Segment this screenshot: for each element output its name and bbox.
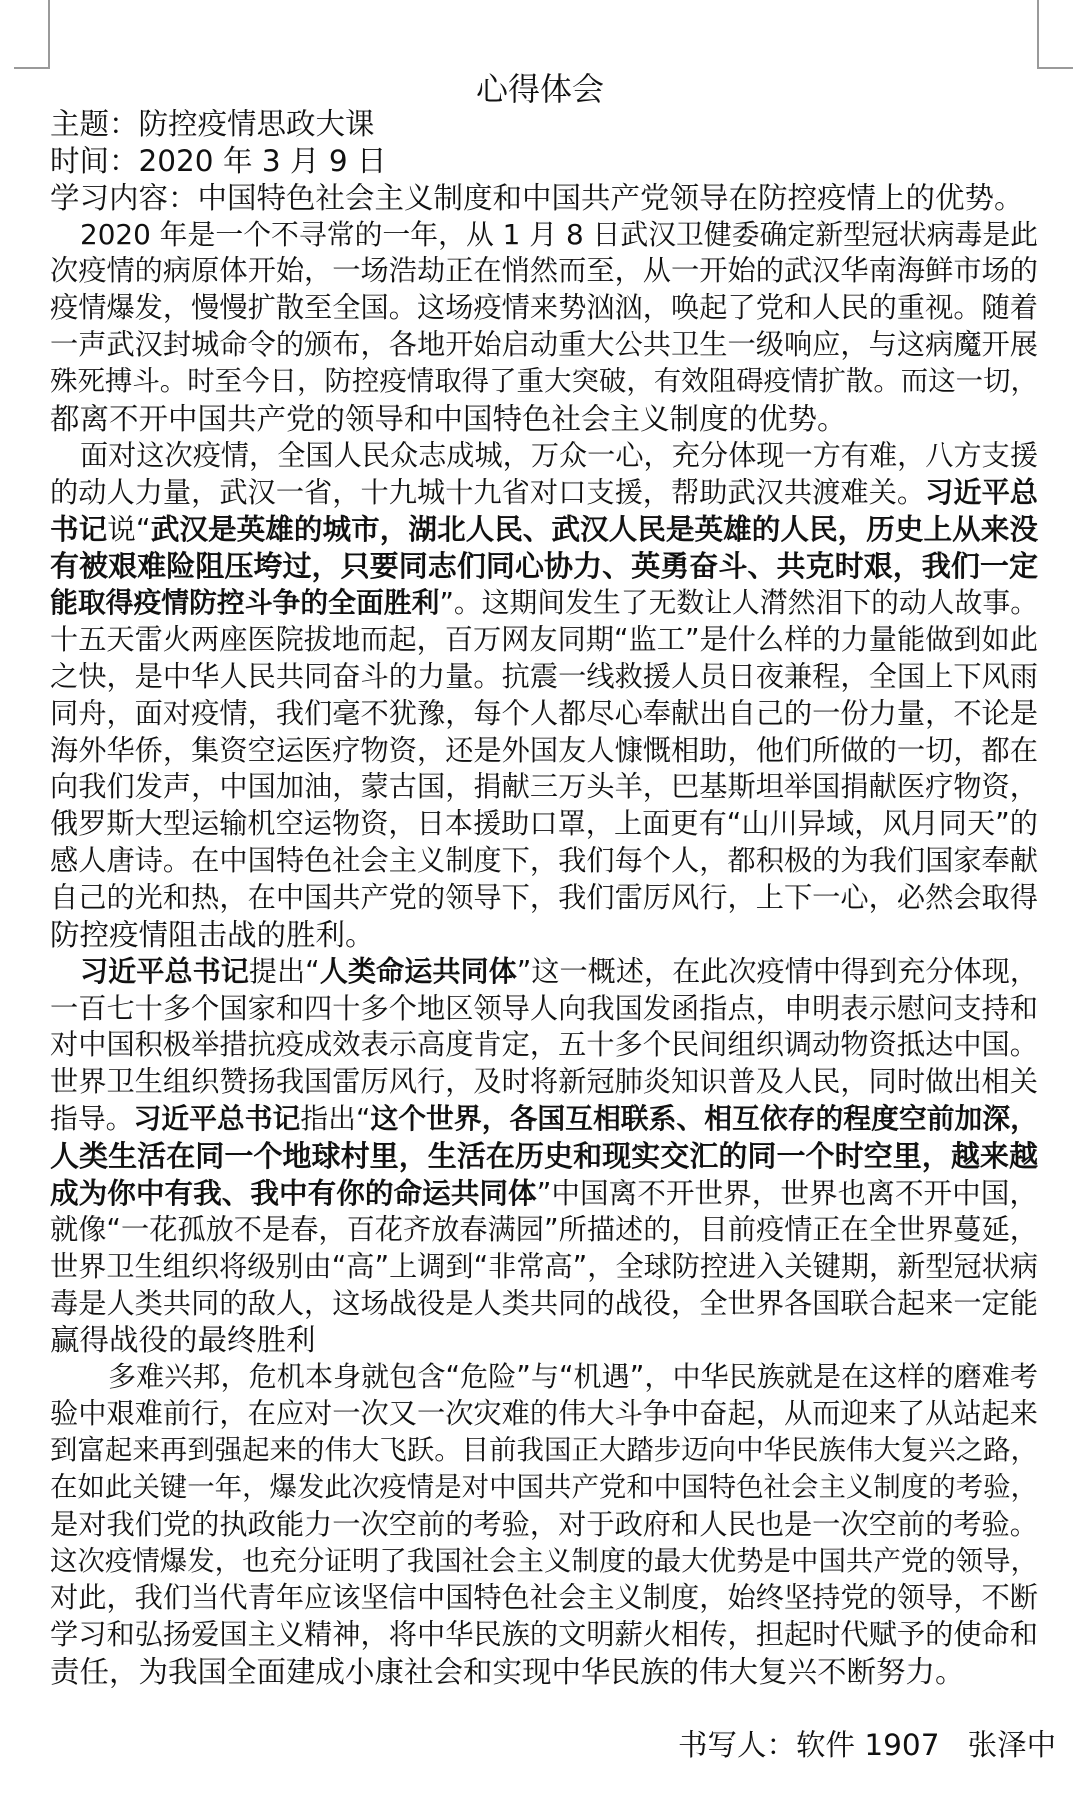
text-segment: 学习和弘扬爱国主义精神，将中华民族的文明薪火相传，担起时代赋予的使命和 xyxy=(50,1618,1038,1651)
text-segment: 到富起来再到强起来的伟大飞跃。目前我国正大踏步迈向中华民族伟大复兴之路， xyxy=(50,1435,1038,1466)
page-corner-mark-top-left xyxy=(14,0,50,69)
paragraph-line: 书记说“武汉是英雄的城市，湖北人民、武汉人民是英雄的人民，历史上从来没 xyxy=(50,511,1038,548)
paragraph-line: 面对这次疫情，全国人民众志成城，万众一心，充分体现一方有难，八方支援 xyxy=(50,438,1038,475)
paragraph-line: 赢得战役的最终胜利 xyxy=(50,1322,1038,1359)
text-segment: 多难兴邦，危机本身就包含“危险”与“机遇”，中华民族就是在这样的磨难考 xyxy=(108,1360,1038,1393)
paragraph-line: 是对我们党的执政能力一次空前的考验，对于政府和人民也是一次空前的考验。 xyxy=(50,1507,1038,1544)
bold-text-segment: 习近平总书记 xyxy=(80,955,249,988)
paragraph-line: 都离不开中国共产党的领导和中国特色社会主义制度的优势。 xyxy=(50,401,1038,438)
paragraph-line: 自己的光和热，在中国共产党的领导下，我们雷厉风行，上下一心，必然会取得 xyxy=(50,880,1038,917)
paragraph: 面对这次疫情，全国人民众志成城，万众一心，充分体现一方有难，八方支援的动人力量，… xyxy=(50,438,1038,954)
paragraph-line: 在如此关键一年，爆发此次疫情是对中国共产党和中国特色社会主义制度的考验， xyxy=(50,1470,1038,1507)
text-segment: 防控疫情阻击战的胜利。 xyxy=(50,918,375,952)
text-segment: 验中艰难前行，在应对一次又一次灾难的伟大斗争中奋起，从而迎来了从站起来 xyxy=(50,1397,1038,1430)
text-segment: 次疫情的病原体开始，一场浩劫正在悄然而至，从一开始的武汉华南海鲜市场的 xyxy=(50,254,1038,287)
text-segment: 疫情爆发，慢慢扩散至全国。这场疫情来势汹汹，唤起了党和人民的重视。随着 xyxy=(50,291,1038,324)
text-segment: 赢得战役的最终胜利 xyxy=(50,1323,316,1357)
bold-text-segment: 习近平总 xyxy=(925,476,1038,509)
document-body: 主题：防控疫情思政大课 时间：2020 年 3 月 9 日 学习内容：中国特色社… xyxy=(50,106,1038,1691)
paragraph-line: 次疫情的病原体开始，一场浩劫正在悄然而至，从一开始的武汉华南海鲜市场的 xyxy=(50,253,1038,290)
text-segment: 感人唐诗。在中国特色社会主义制度下，我们每个人，都积极的为我们国家奉献 xyxy=(50,844,1038,877)
paragraph-line: 学习和弘扬爱国主义精神，将中华民族的文明薪火相传，担起时代赋予的使命和 xyxy=(50,1617,1038,1654)
paragraph-line: 有被艰难险阻压垮过，只要同志们同心协力、英勇奋斗、共克时艰，我们一定 xyxy=(50,548,1038,585)
paragraph-line: 之快，是中华人民共同奋斗的力量。抗震一线救援人员日夜兼程，全国上下风雨 xyxy=(50,659,1038,696)
paragraph-line: 到富起来再到强起来的伟大飞跃。目前我国正大踏步迈向中华民族伟大复兴之路， xyxy=(50,1433,1038,1470)
paragraph-line: 成为你中有我、我中有你的命运共同体”中国离不开世界，世界也离不开中国， xyxy=(50,1175,1038,1212)
text-segment: 一声武汉封城命令的颁布，各地开始启动重大公共卫生一级响应，与这病魔开展 xyxy=(50,328,1038,361)
paragraph-line: 就像“一花孤放不是春，百花齐放春满园”所描述的，目前疫情正在全世界蔓延， xyxy=(50,1212,1038,1249)
text-segment: 这次疫情爆发，也充分证明了我国社会主义制度的最大优势是中国共产党的领导， xyxy=(50,1546,1038,1577)
page-corner-mark-top-right xyxy=(1037,0,1073,69)
paragraph-line: 世界卫生组织将级别由“高”上调到“非常高”，全球防控进入关键期，新型冠状病 xyxy=(50,1249,1038,1286)
paragraph-line: 同舟，面对疫情，我们毫不犹豫，每个人都尽心奉献出自己的一份力量，不论是 xyxy=(50,696,1038,733)
signature: 书写人：软件 1907 张泽中 xyxy=(678,1727,1038,1763)
paragraph-line: 感人唐诗。在中国特色社会主义制度下，我们每个人，都积极的为我们国家奉献 xyxy=(50,843,1038,880)
bold-text-segment: 人类命运共同体 xyxy=(320,955,517,988)
paragraph-line: 一百七十多个国家和四十多个地区领导人向我国发函指点，申明表示慰问支持和 xyxy=(50,991,1038,1028)
bold-text-segment: 成为你中有我、我中有你的命运共同体 xyxy=(50,1176,537,1210)
text-segment: ”中国离不开世界，世界也离不开中国， xyxy=(537,1176,1038,1210)
signature-gap xyxy=(939,1728,967,1762)
paragraph-line: 验中艰难前行，在应对一次又一次灾难的伟大斗争中奋起，从而迎来了从站起来 xyxy=(50,1396,1038,1433)
paragraph-line: 十五天雷火两座医院拔地而起，百万网友同期“监工”是什么样的力量能做到如此 xyxy=(50,622,1038,659)
text-segment: 对此，我们当代青年应该坚信中国特色社会主义制度，始终坚持党的领导，不断 xyxy=(50,1581,1038,1614)
text-segment: 就像“一花孤放不是春，百花齐放春满园”所描述的，目前疫情正在全世界蔓延， xyxy=(50,1213,1038,1246)
bold-text-segment: 书记 xyxy=(50,512,107,546)
text-segment: 都离不开中国共产党的领导和中国特色社会主义制度的优势。 xyxy=(50,402,847,436)
text-segment: 责任，为我国全面建成小康社会和实现中华民族的伟大复兴不断努力。 xyxy=(50,1655,965,1689)
bold-text-segment: 习近平总书记 xyxy=(133,1102,300,1135)
paragraph-line: 对此，我们当代青年应该坚信中国特色社会主义制度，始终坚持党的领导，不断 xyxy=(50,1580,1038,1617)
meta-date: 时间：2020 年 3 月 9 日 xyxy=(50,143,1038,180)
text-segment: 海外华侨，集资空运医疗物资，还是外国友人慷慨相助，他们所做的一切，都在 xyxy=(50,734,1038,767)
paragraph-line: 习近平总书记提出“人类命运共同体”这一概述，在此次疫情中得到充分体现， xyxy=(50,954,1038,991)
text-segment: 的动人力量，武汉一省，十九城十九省对口支援，帮助武汉共渡难关。 xyxy=(50,476,925,509)
text-segment: 同舟，面对疫情，我们毫不犹豫，每个人都尽心奉献出自己的一份力量，不论是 xyxy=(50,697,1038,730)
text-segment: ”这一概述，在此次疫情中得到充分体现， xyxy=(517,955,1038,988)
text-segment: 2020 年是一个不寻常的一年，从 1 月 8 日武汉卫健委确定新型冠状病毒是此 xyxy=(80,218,1038,251)
meta-topic: 主题：防控疫情思政大课 xyxy=(50,106,1038,143)
signature-class: 软件 1907 xyxy=(796,1728,939,1762)
text-segment: 是对我们党的执政能力一次空前的考验，对于政府和人民也是一次空前的考验。 xyxy=(50,1508,1038,1541)
meta-study-content: 学习内容：中国特色社会主义制度和中国共产党领导在防控疫情上的优势。 xyxy=(50,180,1038,217)
text-segment: 殊死搏斗。时至今日，防控疫情取得了重大突破，有效阻碍疫情扩散。而这一切， xyxy=(50,366,1038,397)
text-segment: 指导。 xyxy=(50,1102,133,1135)
paragraph-line: 海外华侨，集资空运医疗物资，还是外国友人慷慨相助，他们所做的一切，都在 xyxy=(50,733,1038,770)
text-segment: 世界卫生组织赞扬我国雷厉风行，及时将新冠肺炎知识普及人民，同时做出相关 xyxy=(50,1065,1038,1098)
paragraph-line: 人类生活在同一个地球村里，生活在历史和现实交汇的同一个时空里，越来越 xyxy=(50,1138,1038,1175)
bold-text-segment: 这个世界，各国互相联系、相互依存的程度空前加深， xyxy=(370,1102,1038,1135)
text-segment: 俄罗斯大型运输机空运物资，日本援助口罩，上面更有“山川异域，风月同天”的 xyxy=(50,807,1038,840)
paragraph-line: 对中国积极举措抗疫成效表示高度肯定，五十多个民间组织调动物资抵达中国。 xyxy=(50,1027,1038,1064)
paragraph-line: 的动人力量，武汉一省，十九城十九省对口支援，帮助武汉共渡难关。习近平总 xyxy=(50,475,1038,512)
text-segment: 在如此关键一年，爆发此次疫情是对中国共产党和中国特色社会主义制度的考验， xyxy=(50,1472,1038,1503)
text-segment: 一百七十多个国家和四十多个地区领导人向我国发函指点，申明表示慰问支持和 xyxy=(50,992,1038,1025)
paragraph-line: 疫情爆发，慢慢扩散至全国。这场疫情来势汹汹，唤起了党和人民的重视。随着 xyxy=(50,290,1038,327)
bold-text-segment: 武汉是英雄的城市，湖北人民、武汉人民是英雄的人民，历史上从来没 xyxy=(151,512,1038,546)
bold-text-segment: 人类生活在同一个地球村里，生活在历史和现实交汇的同一个时空里，越来越 xyxy=(50,1139,1038,1173)
paragraph-line: 能取得疫情防控斗争的全面胜利”。这期间发生了无数让人潸然泪下的动人故事。 xyxy=(50,585,1038,622)
paragraph: 多难兴邦，危机本身就包含“危险”与“机遇”，中华民族就是在这样的磨难考验中艰难前… xyxy=(50,1359,1038,1691)
signature-name: 张泽中 xyxy=(968,1728,1057,1762)
paragraph-line: 责任，为我国全面建成小康社会和实现中华民族的伟大复兴不断努力。 xyxy=(50,1654,1038,1691)
text-segment: 说“ xyxy=(107,512,150,546)
text-segment: 自己的光和热，在中国共产党的领导下，我们雷厉风行，上下一心，必然会取得 xyxy=(50,881,1038,914)
paragraph-line: 世界卫生组织赞扬我国雷厉风行，及时将新冠肺炎知识普及人民，同时做出相关 xyxy=(50,1064,1038,1101)
paragraph-line: 2020 年是一个不寻常的一年，从 1 月 8 日武汉卫健委确定新型冠状病毒是此 xyxy=(50,217,1038,254)
signature-label: 书写人： xyxy=(678,1728,796,1762)
paragraphs: 2020 年是一个不寻常的一年，从 1 月 8 日武汉卫健委确定新型冠状病毒是此… xyxy=(50,217,1038,1691)
text-segment: 之快，是中华人民共同奋斗的力量。抗震一线救援人员日夜兼程，全国上下风雨 xyxy=(50,660,1038,693)
bold-text-segment: 有被艰难险阻压垮过，只要同志们同心协力、英勇奋斗、共克时艰，我们一定 xyxy=(50,549,1038,583)
paragraph-line: 防控疫情阻击战的胜利。 xyxy=(50,917,1038,954)
paragraph-line: 俄罗斯大型运输机空运物资，日本援助口罩，上面更有“山川异域，风月同天”的 xyxy=(50,806,1038,843)
paragraph-line: 殊死搏斗。时至今日，防控疫情取得了重大突破，有效阻碍疫情扩散。而这一切， xyxy=(50,364,1038,401)
text-segment: 面对这次疫情，全国人民众志成城，万众一心，充分体现一方有难，八方支援 xyxy=(80,439,1038,472)
text-segment: 毒是人类共同的敌人，这场战役是人类共同的战役，全世界各国联合起来一定能 xyxy=(50,1287,1038,1320)
text-segment: 对中国积极举措抗疫成效表示高度肯定，五十多个民间组织调动物资抵达中国。 xyxy=(50,1028,1038,1061)
paragraph-line: 多难兴邦，危机本身就包含“危险”与“机遇”，中华民族就是在这样的磨难考 xyxy=(50,1359,1038,1396)
bold-text-segment: 能取得疫情防控斗争的全面胜利 xyxy=(50,586,439,619)
paragraph-line: 指导。习近平总书记指出“这个世界，各国互相联系、相互依存的程度空前加深， xyxy=(50,1101,1038,1138)
paragraph-line: 这次疫情爆发，也充分证明了我国社会主义制度的最大优势是中国共产党的领导， xyxy=(50,1544,1038,1581)
text-segment: 提出“ xyxy=(249,955,320,988)
text-segment: 十五天雷火两座医院拔地而起，百万网友同期“监工”是什么样的力量能做到如此 xyxy=(50,623,1038,656)
text-segment: ”。这期间发生了无数让人潸然泪下的动人故事。 xyxy=(439,586,1038,619)
text-segment: 世界卫生组织将级别由“高”上调到“非常高”，全球防控进入关键期，新型冠状病 xyxy=(50,1250,1038,1283)
paragraph-line: 向我们发声，中国加油，蒙古国，捐献三万头羊，巴基斯坦举国捐献医疗物资， xyxy=(50,769,1038,806)
text-segment: 指出“ xyxy=(300,1102,370,1135)
document-title: 心得体会 xyxy=(0,69,1080,109)
paragraph-line: 毒是人类共同的敌人，这场战役是人类共同的战役，全世界各国联合起来一定能 xyxy=(50,1286,1038,1323)
paragraph: 2020 年是一个不寻常的一年，从 1 月 8 日武汉卫健委确定新型冠状病毒是此… xyxy=(50,217,1038,438)
paragraph: 习近平总书记提出“人类命运共同体”这一概述，在此次疫情中得到充分体现，一百七十多… xyxy=(50,954,1038,1359)
text-segment: 向我们发声，中国加油，蒙古国，捐献三万头羊，巴基斯坦举国捐献医疗物资， xyxy=(50,770,1038,803)
paragraph-line: 一声武汉封城命令的颁布，各地开始启动重大公共卫生一级响应，与这病魔开展 xyxy=(50,327,1038,364)
